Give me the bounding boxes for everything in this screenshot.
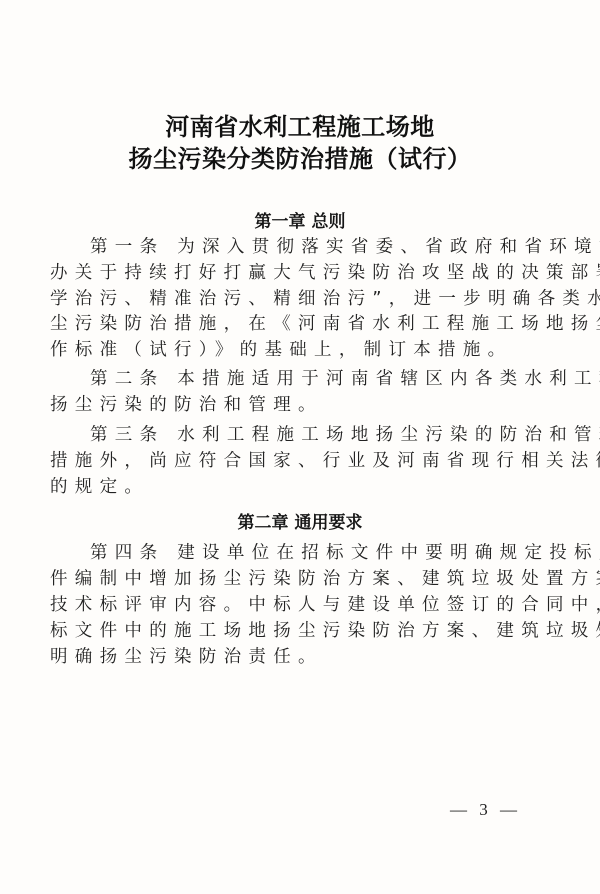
article1-line5: 作标准（试行）》的基础上，制订本措施。 xyxy=(50,339,555,361)
article1-line1: 第一条 为深入贯彻落实省委、省政府和省环境污染防治攻坚 xyxy=(90,236,595,258)
chapter2-heading: 第二章 通用要求 xyxy=(0,508,600,533)
article1-line4: 尘污染防治措施，在《河南省水利工程施工场地扬尘污染防治工 xyxy=(50,313,555,335)
chapter1-heading: 第一章 总则 xyxy=(0,207,600,232)
article4-line4: 标文件中的施工场地扬尘污染防治方案、建筑垃圾处置方案，并 xyxy=(50,620,555,642)
page-number: — 3 — xyxy=(450,800,521,820)
article1-line2: 办关于持续打好打赢大气污染防治攻坚战的决策部署，坚持“科 xyxy=(50,262,555,284)
article4-line2: 件编制中增加扬尘污染防治方案、建筑垃圾处置方案等，并列入 xyxy=(50,568,555,590)
document-page: 河南省水利工程施工场地 扬尘污染分类防治措施（试行） 第一章 总则 第一条 为深… xyxy=(0,0,600,894)
article3-line3: 的规定。 xyxy=(50,476,555,498)
article3-line1: 第三条 水利工程施工场地扬尘污染的防治和管理，除执行本 xyxy=(90,424,595,446)
article2-line1: 第二条 本措施适用于河南省辖区内各类水利工程施工场地 xyxy=(90,368,595,390)
document-title-line1: 河南省水利工程施工场地 xyxy=(0,107,600,142)
article1-line3: 学治污、精准治污、精细治污”，进一步明确各类水利施工场地扬 xyxy=(50,288,555,310)
article2-line2: 扬尘污染的防治和管理。 xyxy=(50,394,555,416)
article4-line5: 明确扬尘污染防治责任。 xyxy=(50,646,555,668)
article4-line3: 技术标评审内容。中标人与建设单位签订的合同中，应当包括招 xyxy=(50,594,555,616)
article3-line2: 措施外，尚应符合国家、行业及河南省现行相关法律法规和标准 xyxy=(50,450,555,472)
article4-line1: 第四条 建设单位在招标文件中要明确规定投标人在投标文 xyxy=(90,542,595,564)
document-title-line2: 扬尘污染分类防治措施（试行） xyxy=(0,139,600,174)
